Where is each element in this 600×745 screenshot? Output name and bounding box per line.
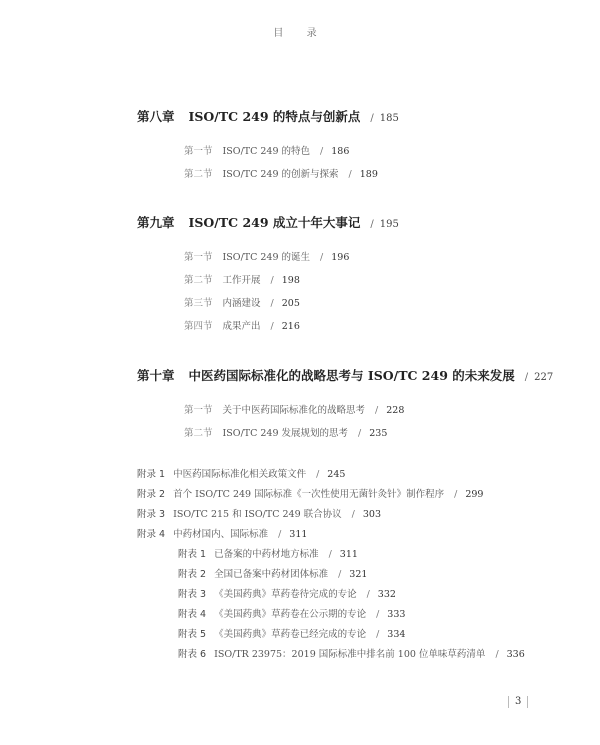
section-number: 第二节 (184, 169, 213, 180)
toc-section[interactable]: 第一节ISO/TC 249 的特色/186 (184, 143, 349, 157)
section-number: 第一节 (184, 405, 213, 416)
section-title: 关于中医药国际标准化的战略思考 (223, 405, 366, 416)
chapter-title: ISO/TC 249 成立十年大事记 (189, 215, 361, 230)
separator: / (278, 529, 281, 540)
table-title: 《美国药典》草药卷已经完成的专论 (214, 629, 366, 640)
section-title: 工作开展 (223, 275, 261, 286)
separator: / (376, 609, 379, 620)
separator: / (329, 549, 332, 560)
toc-table[interactable]: 附表 1已备案的中药材地方标准/311 (178, 546, 358, 560)
table-title: 全国已备案中药材团体标准 (214, 569, 328, 580)
section-number: 第三节 (184, 298, 213, 309)
section-number: 第一节 (184, 252, 213, 263)
separator: / (370, 113, 373, 124)
appendix-title: 中药材国内、国际标准 (173, 529, 268, 540)
toc-table[interactable]: 附表 3《美国药典》草药卷待完成的专论/332 (178, 586, 396, 600)
appendix-title: 首个 ISO/TC 249 国际标准《一次性使用无菌针灸针》制作程序 (173, 489, 444, 500)
table-number: 附表 3 (178, 589, 206, 600)
chapter-number: 第九章 (137, 215, 175, 230)
section-title: ISO/TC 249 的创新与探索 (223, 169, 339, 180)
page-ref: 333 (387, 609, 405, 620)
page-ref: 205 (282, 298, 300, 309)
separator: / (271, 298, 274, 309)
page-ref: 228 (386, 405, 404, 416)
section-number: 第四节 (184, 321, 213, 332)
toc-table[interactable]: 附表 2全国已备案中药材团体标准/321 (178, 566, 367, 580)
table-number: 附表 1 (178, 549, 206, 560)
toc-appendix[interactable]: 附录 2首个 ISO/TC 249 国际标准《一次性使用无菌针灸针》制作程序/2… (137, 486, 483, 500)
separator: / (352, 509, 355, 520)
toc-table[interactable]: 附表 4《美国药典》草药卷在公示期的专论/333 (178, 606, 405, 620)
section-number: 第一节 (184, 146, 213, 157)
toc-section[interactable]: 第四节成果产出/216 (184, 318, 300, 332)
page-ref: 321 (349, 569, 367, 580)
separator: / (358, 428, 361, 439)
separator: / (495, 649, 498, 660)
section-title: ISO/TC 249 的特色 (223, 146, 311, 157)
table-title: 《美国药典》草药卷在公示期的专论 (214, 609, 366, 620)
separator: / (338, 569, 341, 580)
table-number: 附表 6 (178, 649, 206, 660)
section-number: 第二节 (184, 275, 213, 286)
section-title: ISO/TC 249 的诞生 (223, 252, 311, 263)
section-number: 第二节 (184, 428, 213, 439)
chapter-number: 第八章 (137, 109, 175, 124)
appendix-number: 附录 1 (137, 469, 165, 480)
chapter-title: 中医药国际标准化的战略思考与 ISO/TC 249 的未来发展 (189, 368, 515, 383)
appendix-number: 附录 2 (137, 489, 165, 500)
page-ref: 198 (282, 275, 300, 286)
toc-appendix[interactable]: 附录 4中药材国内、国际标准/311 (137, 526, 307, 540)
separator: / (376, 629, 379, 640)
page-number: 3 (508, 696, 528, 708)
table-number: 附表 5 (178, 629, 206, 640)
chapter-number: 第十章 (137, 368, 175, 383)
toc-section[interactable]: 第二节工作开展/198 (184, 272, 300, 286)
toc-chapter-9[interactable]: 第九章ISO/TC 249 成立十年大事记/195 (137, 213, 399, 231)
page-ref: 334 (387, 629, 405, 640)
appendix-number: 附录 4 (137, 529, 165, 540)
appendix-title: ISO/TC 215 和 ISO/TC 249 联合协议 (173, 509, 342, 520)
toc-appendix[interactable]: 附录 1中医药国际标准化相关政策文件/245 (137, 466, 345, 480)
toc-appendix[interactable]: 附录 3ISO/TC 215 和 ISO/TC 249 联合协议/303 (137, 506, 381, 520)
page-ref: 195 (380, 219, 399, 230)
toc-chapter-8[interactable]: 第八章ISO/TC 249 的特点与创新点/185 (137, 107, 399, 125)
page-ref: 189 (360, 169, 378, 180)
chapter-title: ISO/TC 249 的特点与创新点 (189, 109, 361, 124)
section-title: 成果产出 (223, 321, 261, 332)
appendix-title: 中医药国际标准化相关政策文件 (173, 469, 306, 480)
separator: / (525, 372, 528, 383)
page-header-title: 目 录 (0, 24, 600, 39)
toc-section[interactable]: 第一节ISO/TC 249 的诞生/196 (184, 249, 349, 263)
separator: / (370, 219, 373, 230)
separator: / (349, 169, 352, 180)
page-ref: 303 (363, 509, 381, 520)
page-ref: 227 (534, 372, 553, 383)
page-ref: 216 (282, 321, 300, 332)
section-title: 内涵建设 (223, 298, 261, 309)
toc-table[interactable]: 附表 5《美国药典》草药卷已经完成的专论/334 (178, 626, 405, 640)
page-ref: 299 (465, 489, 483, 500)
page-ref: 332 (378, 589, 396, 600)
page-ref: 186 (331, 146, 349, 157)
page-ref: 235 (369, 428, 387, 439)
page-ref: 245 (327, 469, 345, 480)
toc-chapter-10[interactable]: 第十章中医药国际标准化的战略思考与 ISO/TC 249 的未来发展/227 (137, 366, 553, 384)
page-ref: 196 (331, 252, 349, 263)
toc-section[interactable]: 第二节ISO/TC 249 的创新与探索/189 (184, 166, 378, 180)
table-title: 《美国药典》草药卷待完成的专论 (214, 589, 357, 600)
table-title: ISO/TR 23975：2019 国际标准中排名前 100 位单味草药清单 (214, 649, 485, 660)
page-ref: 311 (340, 549, 358, 560)
separator: / (375, 405, 378, 416)
table-number: 附表 2 (178, 569, 206, 580)
table-title: 已备案的中药材地方标准 (214, 549, 319, 560)
separator: / (271, 275, 274, 286)
toc-table[interactable]: 附表 6ISO/TR 23975：2019 国际标准中排名前 100 位单味草药… (178, 646, 525, 660)
table-number: 附表 4 (178, 609, 206, 620)
separator: / (367, 589, 370, 600)
separator: / (316, 469, 319, 480)
separator: / (320, 146, 323, 157)
toc-section[interactable]: 第二节ISO/TC 249 发展规划的思考/235 (184, 425, 387, 439)
appendix-number: 附录 3 (137, 509, 165, 520)
separator: / (271, 321, 274, 332)
toc-section[interactable]: 第一节关于中医药国际标准化的战略思考/228 (184, 402, 404, 416)
page-ref: 311 (289, 529, 307, 540)
separator: / (454, 489, 457, 500)
toc-section[interactable]: 第三节内涵建设/205 (184, 295, 300, 309)
page-ref: 336 (507, 649, 525, 660)
separator: / (320, 252, 323, 263)
section-title: ISO/TC 249 发展规划的思考 (223, 428, 349, 439)
page-ref: 185 (380, 113, 399, 124)
